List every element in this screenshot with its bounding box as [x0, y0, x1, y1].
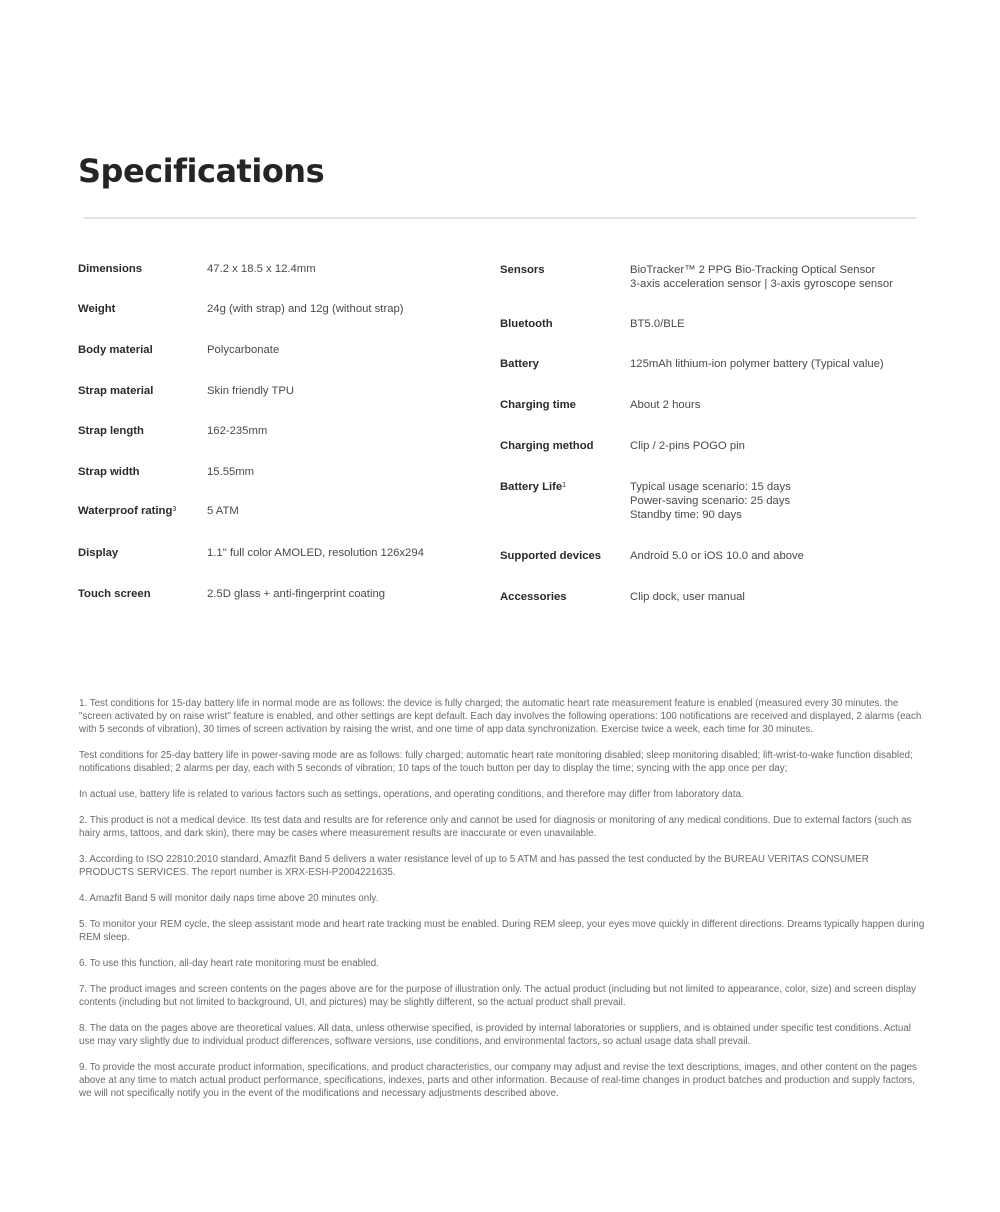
footnote-paragraph: 6. To use this function, all-day heart r…: [79, 957, 925, 970]
spec-value-line: Power-saving scenario: 25 days: [630, 494, 791, 508]
title-divider: [84, 217, 916, 219]
spec-label: Strap width: [78, 465, 208, 479]
spec-value: 162-235mm: [207, 424, 267, 438]
spec-label: Accessories: [500, 590, 630, 604]
spec-value: 1.1" full color AMOLED, resolution 126x2…: [207, 546, 424, 560]
spec-label: Touch screen: [78, 587, 208, 601]
spec-value: 15.55mm: [207, 465, 254, 479]
spec-value: Clip dock, user manual: [630, 590, 745, 604]
spec-value-line: 1.1" full color AMOLED, resolution 126x2…: [207, 546, 424, 560]
spec-value-line: 47.2 x 18.5 x 12.4mm: [207, 262, 316, 276]
spec-value-line: 2.5D glass + anti-fingerprint coating: [207, 587, 385, 601]
spec-value-line: Standby time: 90 days: [630, 508, 791, 522]
spec-value: 5 ATM: [207, 504, 239, 518]
footnote-paragraph: In actual use, battery life is related t…: [79, 788, 925, 801]
spec-value: Skin friendly TPU: [207, 384, 294, 398]
spec-value-line: 15.55mm: [207, 465, 254, 479]
spec-value: Android 5.0 or iOS 10.0 and above: [630, 549, 804, 563]
spec-label: Waterproof rating3: [78, 504, 208, 518]
spec-value-line: Clip / 2-pins POGO pin: [630, 439, 745, 453]
spec-value: 47.2 x 18.5 x 12.4mm: [207, 262, 316, 276]
spec-value-line: Typical usage scenario: 15 days: [630, 480, 791, 494]
spec-value-line: 125mAh lithium-ion polymer battery (Typi…: [630, 357, 884, 371]
spec-value-line: Skin friendly TPU: [207, 384, 294, 398]
spec-value: Polycarbonate: [207, 343, 279, 357]
footnote-paragraph: 8. The data on the pages above are theor…: [79, 1022, 925, 1048]
spec-value: 125mAh lithium-ion polymer battery (Typi…: [630, 357, 884, 371]
spec-label: Charging time: [500, 398, 630, 412]
spec-value: Clip / 2-pins POGO pin: [630, 439, 745, 453]
spec-value: Typical usage scenario: 15 daysPower-sav…: [630, 480, 791, 522]
spec-value-line: Android 5.0 or iOS 10.0 and above: [630, 549, 804, 563]
spec-label: Bluetooth: [500, 317, 630, 331]
spec-label: Sensors: [500, 263, 630, 277]
spec-label: Dimensions: [78, 262, 208, 276]
footnotes: 1. Test conditions for 15-day battery li…: [79, 697, 925, 1113]
spec-value: 2.5D glass + anti-fingerprint coating: [207, 587, 385, 601]
spec-label: Body material: [78, 343, 208, 357]
spec-value-line: 3-axis acceleration sensor | 3-axis gyro…: [630, 277, 893, 291]
footnote-paragraph: 9. To provide the most accurate product …: [79, 1061, 925, 1100]
spec-value-line: About 2 hours: [630, 398, 700, 412]
spec-value-line: 24g (with strap) and 12g (without strap): [207, 302, 404, 316]
spec-value-line: BT5.0/BLE: [630, 317, 685, 331]
spec-value-line: Polycarbonate: [207, 343, 279, 357]
footnote-paragraph: 1. Test conditions for 15-day battery li…: [79, 697, 925, 736]
spec-value-line: Clip dock, user manual: [630, 590, 745, 604]
spec-value-line: 5 ATM: [207, 504, 239, 518]
spec-value: 24g (with strap) and 12g (without strap): [207, 302, 404, 316]
spec-label: Strap material: [78, 384, 208, 398]
spec-value: BT5.0/BLE: [630, 317, 685, 331]
spec-label: Weight: [78, 302, 208, 316]
footnote-paragraph: 4. Amazfit Band 5 will monitor daily nap…: [79, 892, 925, 905]
footnote-paragraph: Test conditions for 25-day battery life …: [79, 749, 925, 775]
footnote-paragraph: 3. According to ISO 22810:2010 standard,…: [79, 853, 925, 879]
spec-label: Strap length: [78, 424, 208, 438]
spec-label: Battery: [500, 357, 630, 371]
spec-label: Display: [78, 546, 208, 560]
spec-label: Supported devices: [500, 549, 630, 563]
footnote-ref: 3: [172, 506, 176, 513]
spec-value-line: BioTracker™ 2 PPG Bio-Tracking Optical S…: [630, 263, 893, 277]
footnote-ref: 1: [562, 482, 566, 489]
page-title: Specifications: [78, 152, 324, 190]
spec-value: BioTracker™ 2 PPG Bio-Tracking Optical S…: [630, 263, 893, 291]
footnote-paragraph: 7. The product images and screen content…: [79, 983, 925, 1009]
footnote-paragraph: 5. To monitor your REM cycle, the sleep …: [79, 918, 925, 944]
footnote-paragraph: 2. This product is not a medical device.…: [79, 814, 925, 840]
spec-label: Battery Life1: [500, 480, 630, 494]
spec-value-line: 162-235mm: [207, 424, 267, 438]
spec-label: Charging method: [500, 439, 630, 453]
spec-value: About 2 hours: [630, 398, 700, 412]
